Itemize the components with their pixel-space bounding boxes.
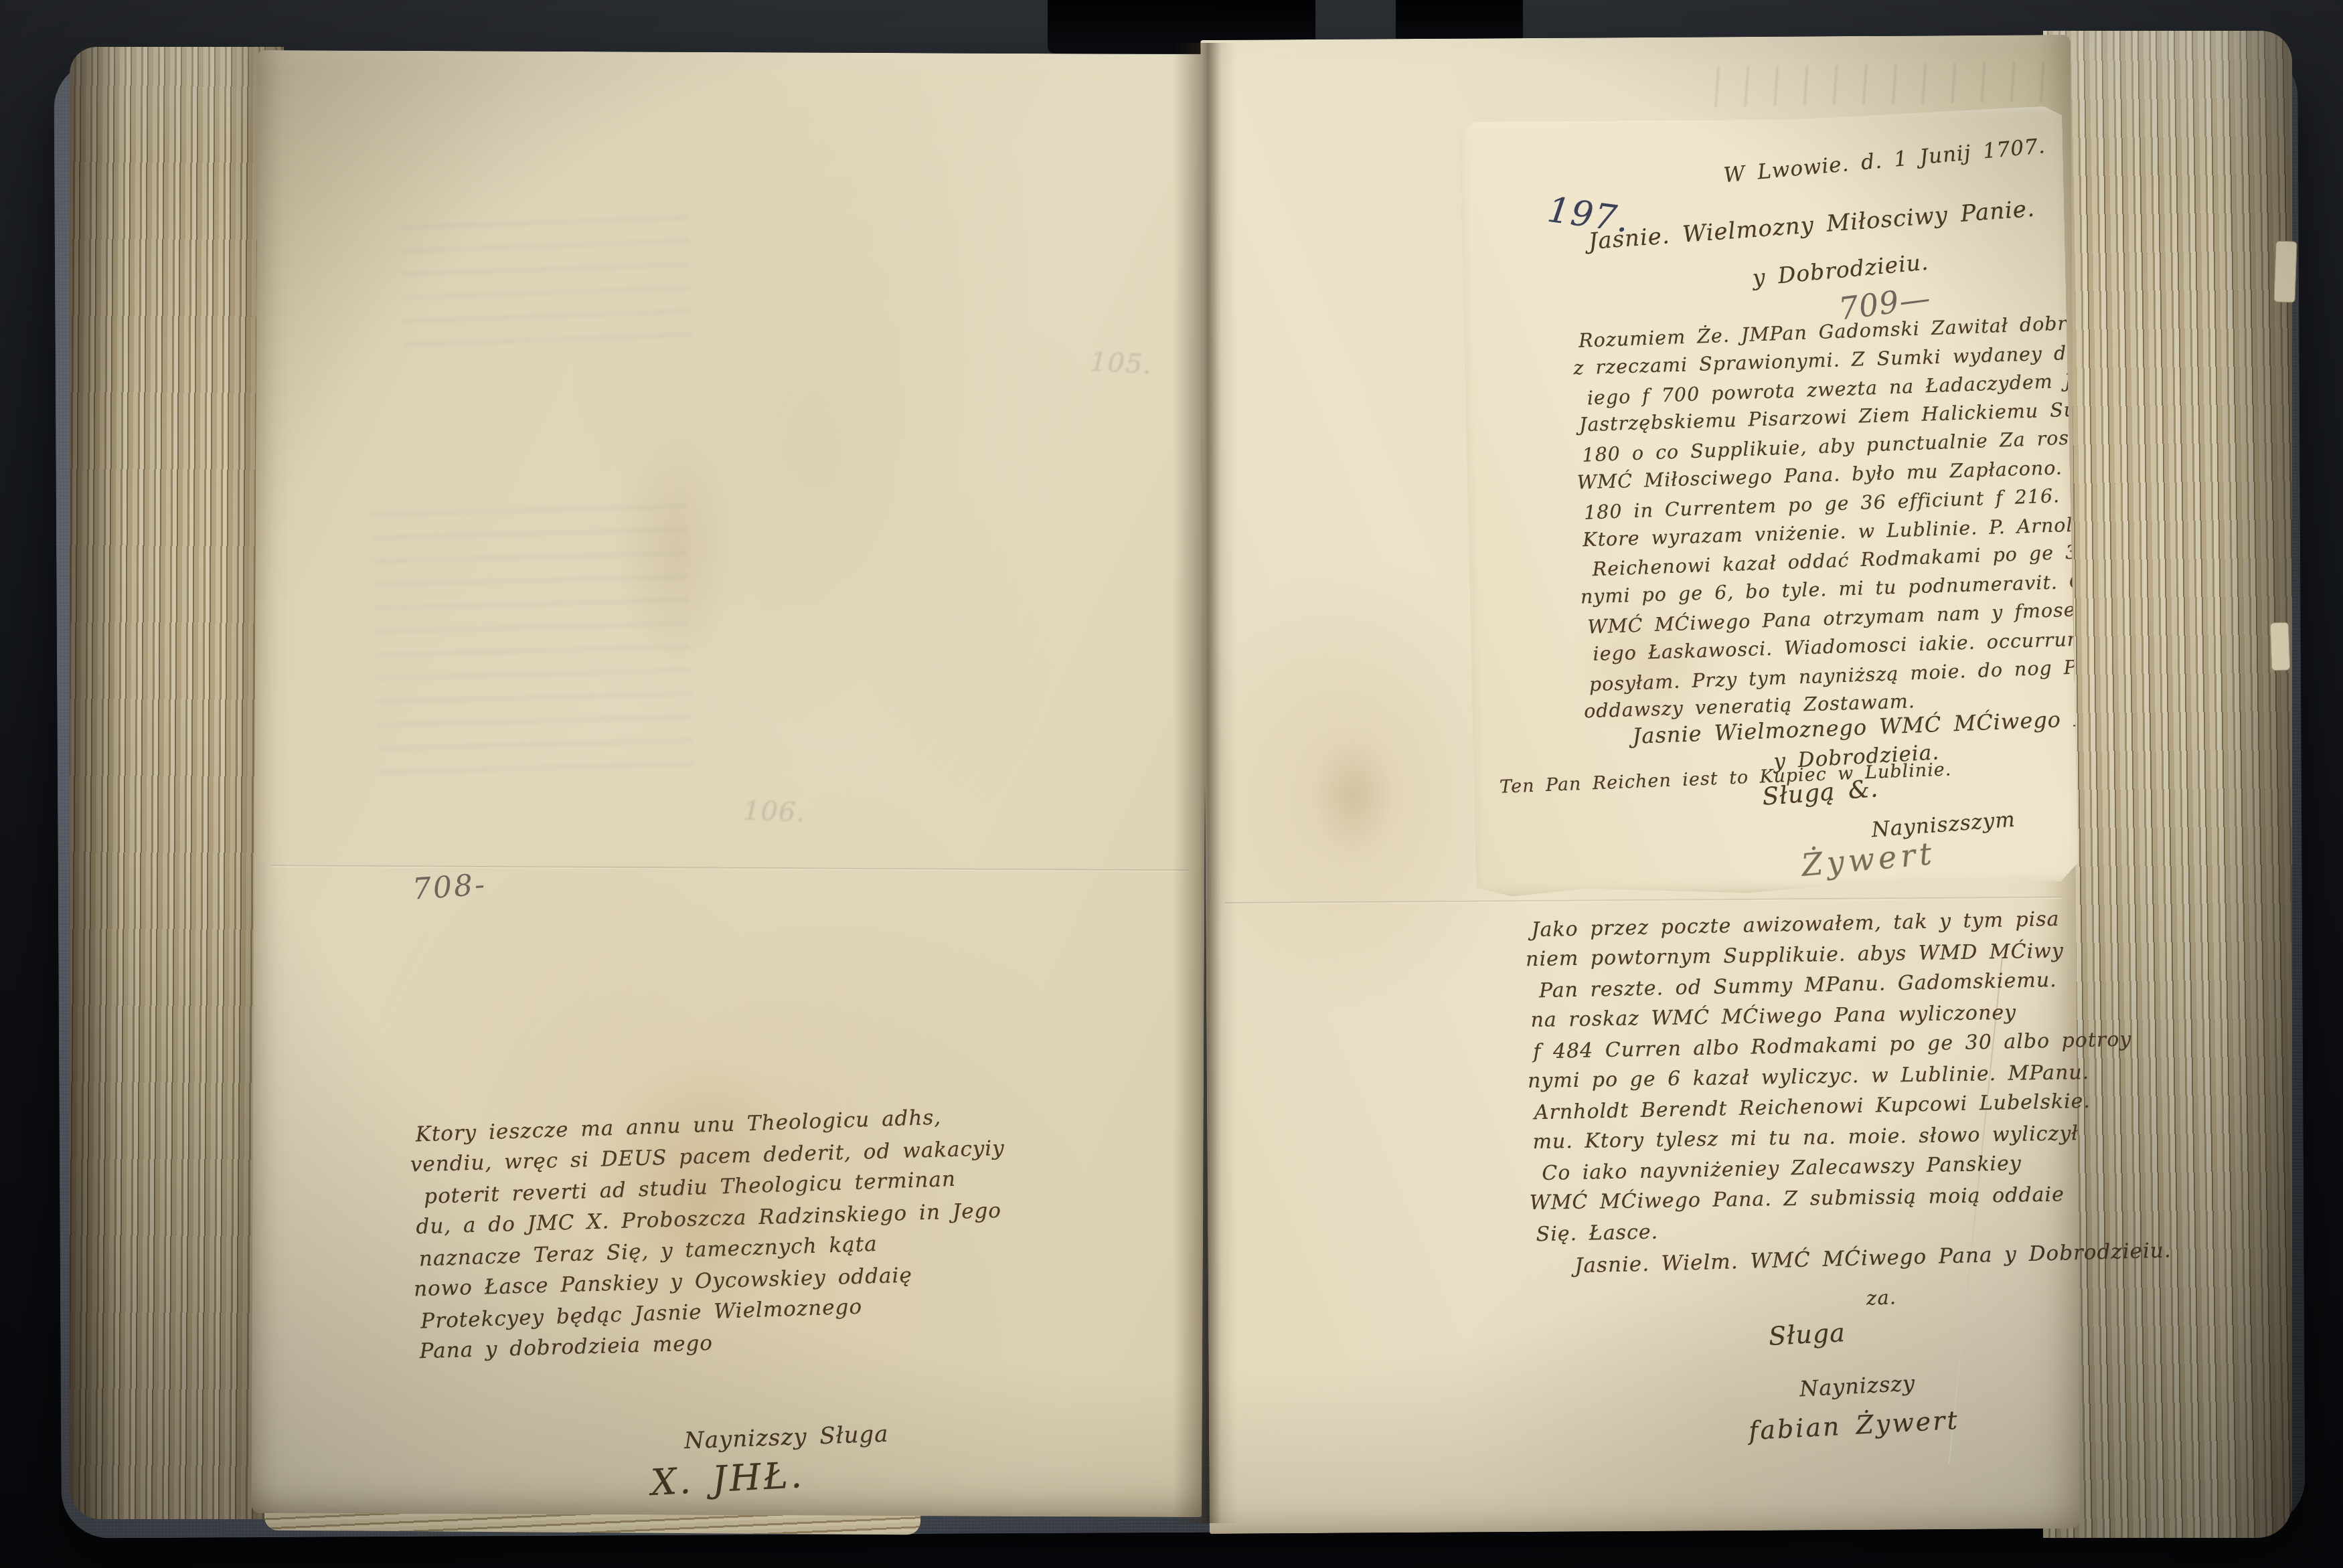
ghost-folio-106: 106. <box>742 795 806 828</box>
fore-edge-tab <box>2270 622 2290 671</box>
letter-valediction-line: Nayniszszym <box>1870 808 2016 843</box>
photo-stage: 105. 106. 708- Ktory ieszcze ma annu unu… <box>0 0 2343 1568</box>
second-letter-valediction-1: Sługa <box>1768 1318 1846 1351</box>
pencil-scribbles-top <box>1700 61 2049 107</box>
page-edges-right-stack <box>2043 31 2292 1538</box>
overlay-letter-sheet: W Lwowie. d. 1 Junij 1707. 197. Jasnie. … <box>1459 106 2079 901</box>
showthrough-text-upper <box>399 196 692 353</box>
left-page-paragraph: Ktory ieszcze ma annu unu Theologicu adh… <box>413 1102 1010 1367</box>
book-clamp-right <box>1396 0 1523 44</box>
second-letter-za: za. <box>1866 1286 1896 1310</box>
left-page-monogram: X. JHŁ. <box>650 1454 806 1504</box>
letter-salutation-1: Jasnie. Wielmozny Miłosciwy Panie. <box>1587 195 2036 255</box>
fore-edge-tab <box>2273 240 2297 302</box>
ghost-folio-105: 105. <box>1089 347 1153 381</box>
gutter-shadow <box>1173 43 1237 1523</box>
paper-stain <box>589 375 763 723</box>
paper-stain <box>1292 709 1412 883</box>
letter-note-line: Ten Pan Reichen iest to Kupiec w Lublini… <box>1500 759 1952 798</box>
left-page-folio-number: 708- <box>411 867 487 907</box>
letter-signature: Żywert <box>1800 835 1937 883</box>
second-letter-body: Jako przez poczte awizowałem, tak y tym … <box>1529 904 2133 1248</box>
letter-dateline: W Lwowie. d. 1 Junij 1707. <box>1722 134 2046 187</box>
